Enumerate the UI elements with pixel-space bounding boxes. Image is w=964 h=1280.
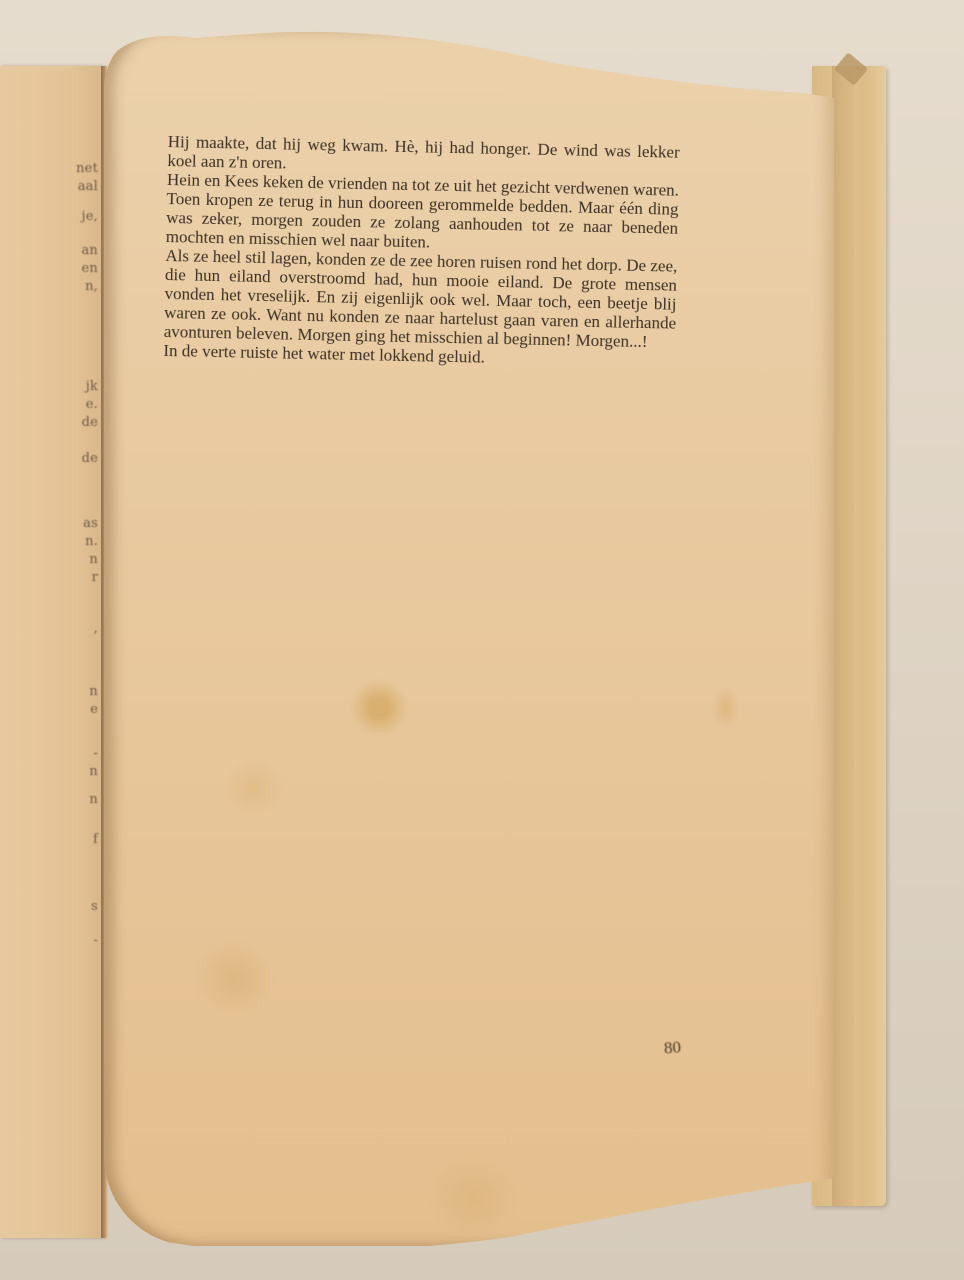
book-photo-scene: net aal je, an en n, jk e. de de as n. n… [0,0,964,1280]
left-fragment: n [89,684,98,699]
left-fragment: s [91,899,98,914]
left-fragment: - [93,746,98,761]
left-fragment: net [76,161,98,176]
left-fragment: de [82,451,98,466]
left-fragment: e. [86,397,98,412]
left-facing-page: net aal je, an en n, jk e. de de as n. n… [0,66,104,1238]
left-fragment: r [92,570,98,585]
left-fragment: , [94,621,98,636]
page-number: 80 [663,1037,681,1058]
left-fragment: n, [85,279,98,294]
left-fragment: je, [82,209,98,224]
left-fragment: n [89,552,98,567]
left-fragment: e [90,702,98,717]
left-fragment: aal [78,179,98,194]
page-body-text: Hij maakte, dat hij weg kwam. Hè, hij ha… [163,132,680,371]
left-fragment: en [82,261,98,276]
left-fragment: f [93,832,98,847]
left-fragment: as [83,516,98,531]
left-fragment: n. [85,534,98,549]
paragraph: Als ze heel stil lagen, konden ze de zee… [164,246,678,352]
paragraph: Hein en Kees keken de vrienden na tot ze… [166,170,679,257]
left-fragment: n [89,792,98,807]
left-fragment: de [82,415,98,430]
left-fragment: jk [86,379,98,394]
left-fragment: - [93,933,98,948]
cover-fold [832,66,854,1206]
left-fragment: n [89,764,98,779]
left-fragment: an [81,243,98,258]
